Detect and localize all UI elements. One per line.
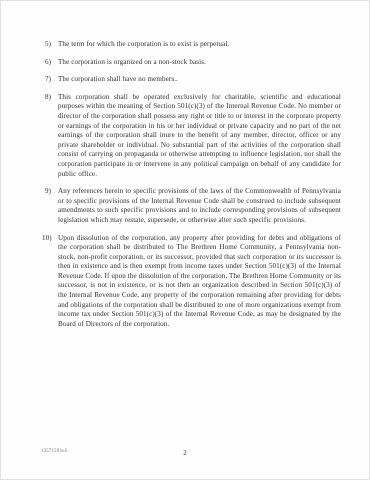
list-item-7: 7) The corporation shall have no members… [45, 75, 341, 85]
document-body: 5) The term for which the corporation is… [45, 40, 341, 337]
list-item-8: 8) This corporation shall be operated ex… [45, 93, 341, 179]
list-item-6: 6) The corporation is organized on a non… [45, 58, 341, 68]
list-item-5: 5) The term for which the corporation is… [45, 40, 341, 50]
item-text: The corporation is organized on a non-st… [58, 58, 206, 66]
document-page: 5) The term for which the corporation is… [0, 0, 370, 480]
item-number: 9) [45, 187, 58, 197]
list-item-10: 10) Upon dissolution of the corporation,… [45, 234, 341, 330]
footer-page-number: 2 [1, 449, 369, 457]
list-item-9: 9) Any references herein to specific pro… [45, 187, 341, 225]
item-text: Any references herein to specific provis… [58, 187, 341, 224]
item-number: 6) [45, 58, 58, 68]
item-text: This corporation shall be operated exclu… [58, 93, 341, 178]
item-number: 10) [42, 234, 55, 244]
item-text: The corporation shall have no members.. [58, 75, 178, 83]
item-number: 5) [45, 40, 58, 50]
item-number: 8) [45, 93, 58, 103]
item-number: 7) [45, 75, 58, 85]
item-text: Upon dissolution of the corporation, any… [58, 234, 341, 328]
item-text: The term for which the corporation is to… [58, 40, 229, 48]
